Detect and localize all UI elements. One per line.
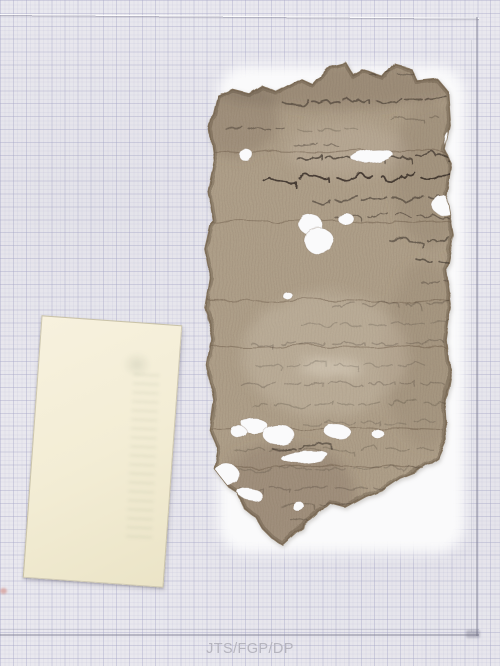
sleeve-right-edge-inner-line bbox=[471, 40, 472, 632]
photo-canvas: JTS/FGP/DP bbox=[0, 0, 500, 666]
sleeve-right-edge-line bbox=[476, 17, 478, 636]
blank-card bbox=[23, 315, 182, 587]
sleeve-bottom-edge-line bbox=[0, 634, 479, 636]
watermark-label: JTS/FGP/DP bbox=[0, 641, 500, 657]
pink-speck bbox=[0, 588, 7, 594]
manuscript-fragment bbox=[195, 55, 465, 555]
sleeve-corner-mark bbox=[466, 630, 480, 638]
sleeve-bottom-edge-faint-line bbox=[0, 629, 479, 630]
card-ghost-writing bbox=[126, 373, 159, 539]
